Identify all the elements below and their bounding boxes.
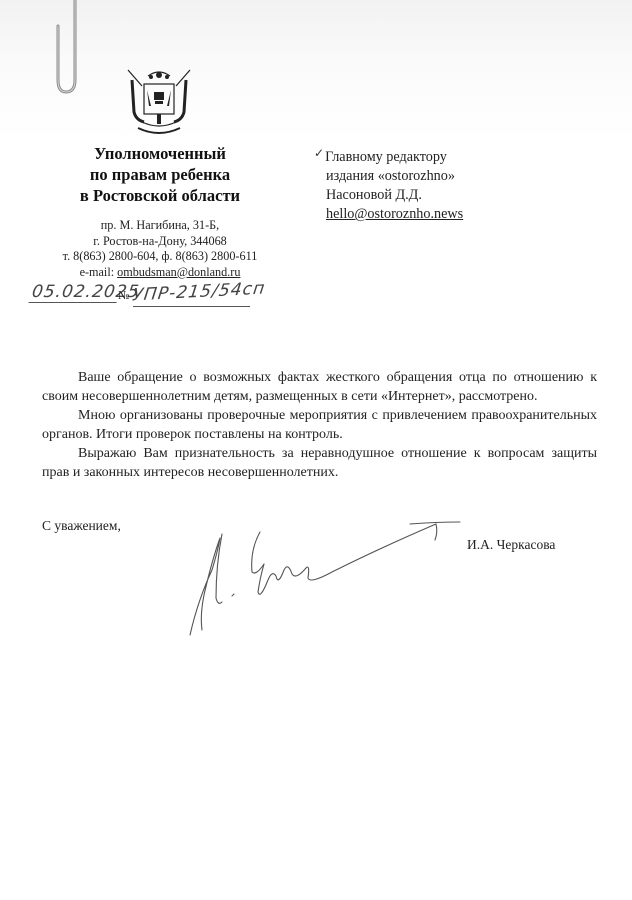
- organization-title: Уполномоченный по правам ребенка в Росто…: [40, 143, 280, 206]
- recipient-email-link[interactable]: hello@ostoroznho.news: [314, 205, 514, 224]
- registration-date: 05.02.2025: [29, 282, 120, 303]
- check-mark-icon: ✓: [314, 146, 324, 160]
- signer-name: И.А. Черкасова: [467, 537, 555, 553]
- letter-page: Уполномоченный по правам ребенка в Росто…: [0, 0, 632, 900]
- city-line: г. Ростов-на-Дону, 344068: [20, 234, 300, 250]
- handwritten-signature: [160, 510, 480, 640]
- body-paragraph: Ваше обращение о возможных фактах жестко…: [42, 368, 597, 406]
- letter-body: Ваше обращение о возможных фактах жестко…: [42, 368, 597, 482]
- phone-line: т. 8(863) 2800-604, ф. 8(863) 2800-611: [20, 249, 300, 265]
- paperclip-icon: [44, 0, 94, 98]
- closing-phrase: С уважением,: [42, 518, 121, 534]
- org-title-line: в Ростовской области: [40, 185, 280, 206]
- coat-of-arms-icon: [124, 66, 194, 140]
- org-title-line: Уполномоченный: [40, 143, 280, 164]
- recipient-block: ✓Главному редактору издания «ostorozhno»…: [314, 148, 514, 224]
- recipient-name: Насоновой Д.Д.: [314, 186, 514, 205]
- organization-contacts: пр. М. Нагибина, 31-Б, г. Ростов-на-Дону…: [20, 218, 300, 280]
- body-paragraph: Мною организованы проверочные мероприяти…: [42, 406, 597, 444]
- recipient-publication: издания «ostorozhno»: [314, 167, 514, 186]
- org-title-line: по правам ребенка: [40, 164, 280, 185]
- number-sign: №: [118, 288, 129, 303]
- body-paragraph: Выражаю Вам признательность за неравноду…: [42, 444, 597, 482]
- registration-line: 05.02.2025 № УПР-215/54сп: [30, 282, 360, 322]
- recipient-title: Главному редактору: [325, 149, 447, 165]
- email-line: e-mail: ombudsman@donland.ru: [20, 265, 300, 281]
- address-line: пр. М. Нагибина, 31-Б,: [20, 218, 300, 234]
- recipient-line: ✓Главному редактору: [314, 148, 514, 167]
- registration-number: УПР-215/54сп: [131, 279, 266, 306]
- registration-number-underline: [133, 306, 250, 307]
- email-label: e-mail:: [80, 265, 118, 279]
- email-link[interactable]: ombudsman@donland.ru: [117, 265, 240, 279]
